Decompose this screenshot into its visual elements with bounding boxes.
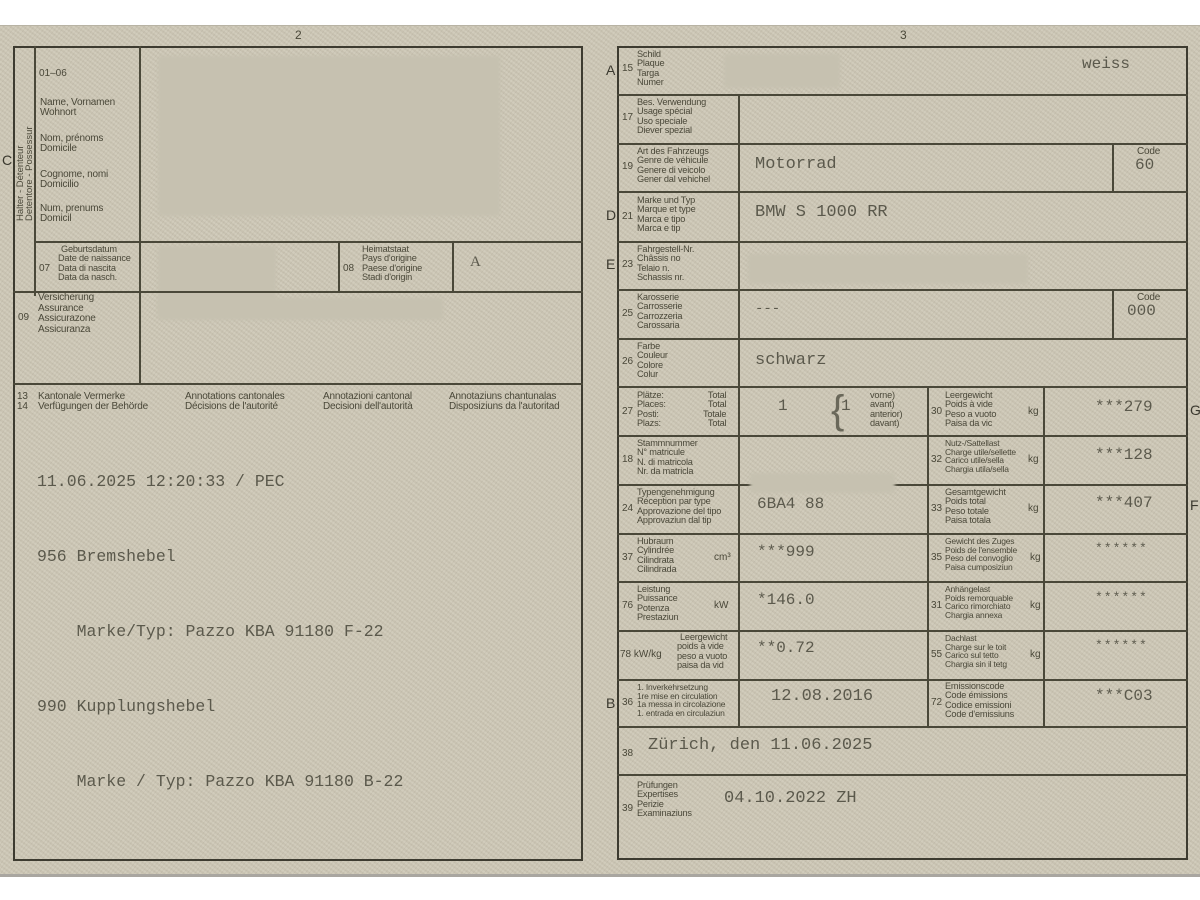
field-76-label: LeistungPuissancePotenzaPrestaziun <box>637 585 678 623</box>
field-18-number: 18 <box>622 454 633 465</box>
field-25-number: 25 <box>622 308 633 319</box>
roof-load-value: ****** <box>1095 638 1148 653</box>
field-15-label: SchildPlaqueTargaNumer <box>637 50 664 88</box>
combination-weight-value: ****** <box>1095 541 1148 556</box>
field-35-number: 35 <box>931 552 942 563</box>
unit-cm3: cm³ <box>714 552 731 563</box>
field-21-label: Marke und TypMarque et typeMarca e tipoM… <box>637 196 696 234</box>
power-to-weight-value: **0.72 <box>757 639 815 657</box>
first-registration-value: 12.08.2016 <box>771 687 873 706</box>
field-26-label: FarbeCouleurColoreColur <box>637 342 668 380</box>
annotation-line: 956 Bremshebel <box>37 544 403 569</box>
field-55-label: DachlastCharge sur le toitCarico sul tet… <box>945 634 1007 668</box>
payload-value: ***128 <box>1095 446 1153 464</box>
field-21-number: 21 <box>622 211 633 222</box>
field-39-label: PrüfungenExpertisesPerizieExaminaziuns <box>637 781 692 819</box>
unit-kg: kg <box>1028 406 1039 417</box>
field-23-label: Fahrgestell-Nr.Châssis noTelaio n.Schass… <box>637 245 694 283</box>
field-32-label: Nutz-/SattellastCharge utile/selletteCar… <box>945 439 1016 473</box>
field-30-label: LeergewichtPoids à videPeso a vuotoPaisa… <box>945 391 996 429</box>
document-scan: 2 C Halter - Détenteur Detentore - Posse… <box>0 25 1200 877</box>
field-24-number: 24 <box>622 503 633 514</box>
make-type-value: BMW S 1000 RR <box>755 203 888 222</box>
field-18-label: StammnummerN° matriculeN. di matricolaNr… <box>637 439 698 477</box>
seats-total-value: 1 <box>778 397 788 415</box>
total-weight-value: ***407 <box>1095 494 1153 512</box>
displacement-value: ***999 <box>757 543 815 561</box>
field-01-06-label-it: Cognome, nomi Domicilio <box>40 170 108 190</box>
field-19-label: Art des FahrzeugsGenre de véhiculeGenere… <box>637 147 710 185</box>
type-approval-value: 6BA4 88 <box>757 495 824 513</box>
field-15-number: 15 <box>622 63 633 74</box>
field-55-number: 55 <box>931 649 942 660</box>
field-35-label: Gewicht des ZugesPoids de l'ensemblePeso… <box>945 537 1017 571</box>
unit-kg: kg <box>1028 454 1039 465</box>
cantonal-annotations-list: 11.06.2025 12:20:33 / PEC 956 Bremshebel… <box>37 419 403 844</box>
annotation-line: Marke/Typ: Pazzo KBA 91180 F-22 <box>37 619 403 644</box>
annotation-line: Marke / Typ: Pazzo KBA 91180 B-22 <box>37 769 403 794</box>
seats-front-value: 1 <box>841 397 851 415</box>
body-value: --- <box>755 301 780 317</box>
field-09-label: Versicherung Assurance Assicurazone Assi… <box>38 293 96 335</box>
vehicle-type-value: Motorrad <box>755 155 837 174</box>
field-30-number: 30 <box>931 406 942 417</box>
holder-name-redacted <box>158 56 500 216</box>
issue-place-date-value: Zürich, den 11.06.2025 <box>648 736 872 755</box>
field-01-06-label: Name, Vornamen Wohnort <box>40 98 115 118</box>
vehicle-type-code: 60 <box>1135 156 1154 174</box>
field-72-label: EmissionscodeCode émissionsCodice emissi… <box>945 682 1014 720</box>
divider <box>338 241 340 291</box>
annotation-line: 990 Kupplungshebel <box>37 694 403 719</box>
field-31-number: 31 <box>931 600 942 611</box>
page-number-right: 3 <box>900 28 907 42</box>
field-01-06-label-fr: Nom, prénoms Domicile <box>40 134 103 154</box>
field-31-label: AnhängelastPoids remorquableCarico rimor… <box>945 585 1013 619</box>
unit-kg: kg <box>1030 552 1041 563</box>
section-letter-c: C <box>2 152 12 168</box>
field-37-number: 37 <box>622 552 633 563</box>
field-33-label: GesamtgewichtPoids totalPeso totalePaisa… <box>945 488 1006 526</box>
plate-color-value: weiss <box>1082 55 1130 73</box>
master-number-redacted <box>750 473 895 493</box>
divider <box>452 241 454 291</box>
divider <box>139 46 141 384</box>
side-letter-f: F <box>1190 497 1199 513</box>
empty-weight-value: ***279 <box>1095 398 1153 416</box>
field-01-06-number: 01–06 <box>39 68 67 79</box>
trailer-load-value: ****** <box>1095 590 1148 605</box>
field-13-14-header-it: Annotazioni cantonal Decisioni dell'auto… <box>323 392 413 412</box>
side-letter-d: D <box>606 207 616 223</box>
field-08-value: A <box>470 254 481 271</box>
field-13-14-header-rm: Annotaziuns chantunalas Disposiziuns da … <box>449 392 559 412</box>
plate-redacted <box>724 54 840 88</box>
unit-kg: kg <box>1030 649 1041 660</box>
field-36-number: 36 <box>622 697 633 708</box>
field-76-number: 76 <box>622 600 633 611</box>
field-08-label: Heimatstaat Pays d'origine Paese d'origi… <box>362 245 422 283</box>
field-01-06-label-rm: Num, prenums Domicil <box>40 204 103 224</box>
chassis-redacted <box>748 254 1028 284</box>
unit-kg: kg <box>1030 600 1041 611</box>
field-13-14-header-de: Kantonale Vermerke Verfügungen der Behör… <box>38 392 148 412</box>
field-09-number: 09 <box>18 312 29 323</box>
side-letter-g: G <box>1190 402 1200 418</box>
field-33-number: 33 <box>931 503 942 514</box>
divider <box>13 383 583 385</box>
field-19-number: 19 <box>622 161 633 172</box>
field-24-label: TypengenehmigungRéception par typeApprov… <box>637 488 721 526</box>
color-value: schwarz <box>755 351 826 370</box>
field-32-number: 32 <box>931 454 942 465</box>
field-23-number: 23 <box>622 259 633 270</box>
holder-vertical-label-2: Detentore - Possessur <box>25 126 35 221</box>
field-27-total-label: TotalTotalTotaleTotal <box>703 391 726 429</box>
field-08-number: 08 <box>343 263 354 274</box>
field-27-front-label: vorne)avant)anterior)davant) <box>870 391 902 429</box>
field-27-label: Plätze:Places:Posti:Plazs: <box>637 391 666 429</box>
unit-kg: kg <box>1028 503 1039 514</box>
field-27-number: 27 <box>622 406 633 417</box>
body-code: 000 <box>1127 302 1156 320</box>
field-72-number: 72 <box>931 697 942 708</box>
code-label: Code <box>1137 293 1160 302</box>
field-07-number: 07 <box>39 263 50 274</box>
emission-code-value: ***C03 <box>1095 687 1153 705</box>
inspection-value: 04.10.2022 ZH <box>724 789 857 808</box>
field-36-label: 1. Inverkehrsetzung1re mise en circulati… <box>637 683 725 717</box>
side-letter-a: A <box>606 62 615 78</box>
power-value: *146.0 <box>757 591 815 609</box>
field-17-label: Bes. VerwendungUsage spécialUso speciale… <box>637 98 706 136</box>
field-25-label: KarosserieCarrosserieCarrozzeriaCarossar… <box>637 293 682 331</box>
field-26-number: 26 <box>622 356 633 367</box>
side-letter-b: B <box>606 695 615 711</box>
field-13-14-numbers: 13 14 <box>17 392 28 412</box>
code-label: Code <box>1137 147 1160 156</box>
field-13-14-header-fr: Annotations cantonales Décisions de l'au… <box>185 392 285 412</box>
page-number-left: 2 <box>295 28 302 42</box>
insurance-redacted <box>158 298 443 320</box>
field-37-label: HubraumCylindréeCilindrataCilindrada <box>637 537 676 575</box>
field-07-label: Geburtsdatum Date de naissance Data di n… <box>58 245 131 283</box>
divider <box>34 241 583 243</box>
field-17-number: 17 <box>622 112 633 123</box>
divider <box>13 291 583 293</box>
annotation-line: 11.06.2025 12:20:33 / PEC <box>37 469 403 494</box>
unit-kw: kW <box>714 600 728 611</box>
field-78-number: 78 kW/kg <box>620 649 662 660</box>
side-letter-e: E <box>606 256 615 272</box>
field-38-number: 38 <box>622 748 633 759</box>
field-78-label: Leergewichtpoids à videpeso a vuotopaisa… <box>677 633 727 671</box>
field-39-number: 39 <box>622 803 633 814</box>
